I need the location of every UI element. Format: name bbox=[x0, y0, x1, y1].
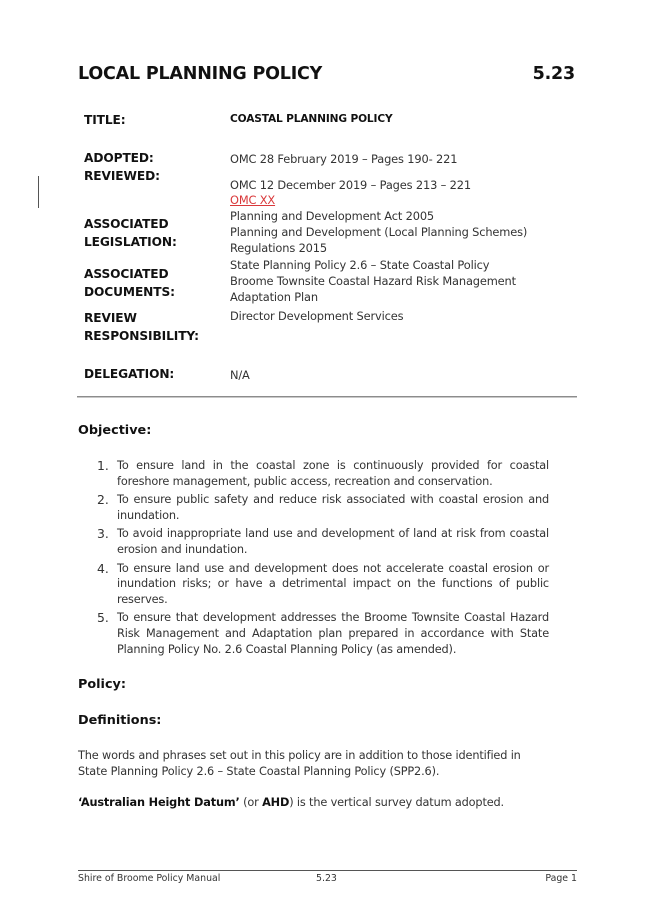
objective-item-number: 1. bbox=[97, 458, 117, 489]
objective-item: 3. To avoid inappropriate land use and d… bbox=[97, 526, 549, 557]
delegation-value: N/A bbox=[230, 367, 250, 383]
objective-item-number: 5. bbox=[97, 610, 117, 657]
objective-item-number: 3. bbox=[97, 526, 117, 557]
objective-heading: Objective: bbox=[78, 423, 151, 438]
reviewed-pending-link[interactable]: OMC XX bbox=[230, 192, 275, 208]
document-header: LOCAL PLANNING POLICY 5.23 bbox=[78, 64, 575, 84]
policy-heading: Policy: bbox=[78, 677, 126, 692]
definition-abbreviation: AHD bbox=[262, 796, 289, 809]
title-value: COASTAL PLANNING POLICY bbox=[230, 111, 392, 127]
reviewed-label: REVIEWED: bbox=[84, 167, 160, 185]
footer-page-number: Page 1 bbox=[545, 873, 577, 884]
definition-ahd: ‘Australian Height Datum’ (or AHD) is th… bbox=[78, 795, 552, 811]
legislation-label-line1: ASSOCIATED bbox=[84, 215, 169, 233]
review-responsibility-label-line2: RESPONSIBILITY: bbox=[84, 327, 199, 345]
objective-item-text: To ensure public safety and reduce risk … bbox=[117, 492, 549, 523]
legislation-value-1: Planning and Development Act 2005 bbox=[230, 208, 434, 224]
reviewed-value: OMC 12 December 2019 – Pages 213 – 221 bbox=[230, 177, 471, 193]
objective-list: 1. To ensure land in the coastal zone is… bbox=[97, 458, 549, 660]
review-responsibility-label-line1: REVIEW bbox=[84, 309, 137, 327]
title-label: TITLE: bbox=[84, 111, 126, 129]
meta-divider bbox=[77, 396, 577, 398]
definition-text: ) is the vertical survey datum adopted. bbox=[289, 796, 504, 809]
documents-value-2: Broome Townsite Coastal Hazard Risk Mana… bbox=[230, 273, 516, 289]
adopted-value: OMC 28 February 2019 – Pages 190- 221 bbox=[230, 151, 457, 167]
objective-item: 1. To ensure land in the coastal zone is… bbox=[97, 458, 549, 489]
adopted-label: ADOPTED: bbox=[84, 149, 154, 167]
objective-item-text: To ensure land use and development does … bbox=[117, 561, 549, 608]
document-title: LOCAL PLANNING POLICY bbox=[78, 64, 322, 84]
legislation-value-3: Regulations 2015 bbox=[230, 240, 327, 256]
definition-connector: (or bbox=[240, 796, 262, 809]
delegation-label: DELEGATION: bbox=[84, 365, 174, 383]
objective-item-number: 4. bbox=[97, 561, 117, 608]
footer-policy-number: 5.23 bbox=[316, 873, 337, 884]
documents-value-1: State Planning Policy 2.6 – State Coasta… bbox=[230, 257, 489, 273]
review-responsibility-value: Director Development Services bbox=[230, 308, 403, 324]
objective-item-number: 2. bbox=[97, 492, 117, 523]
revision-change-bar bbox=[38, 176, 39, 208]
objective-item-text: To avoid inappropriate land use and deve… bbox=[117, 526, 549, 557]
objective-item-text: To ensure that development addresses the… bbox=[117, 610, 549, 657]
documents-label-line1: ASSOCIATED bbox=[84, 265, 169, 283]
objective-item: 5. To ensure that development addresses … bbox=[97, 610, 549, 657]
documents-value-3: Adaptation Plan bbox=[230, 289, 318, 305]
documents-label-line2: DOCUMENTS: bbox=[84, 283, 175, 301]
definitions-heading: Definitions: bbox=[78, 713, 161, 728]
footer-manual-name: Shire of Broome Policy Manual bbox=[78, 873, 220, 884]
definitions-intro: The words and phrases set out in this po… bbox=[78, 748, 552, 780]
legislation-value-2: Planning and Development (Local Planning… bbox=[230, 224, 527, 240]
objective-item: 4. To ensure land use and development do… bbox=[97, 561, 549, 608]
objective-item-text: To ensure land in the coastal zone is co… bbox=[117, 458, 549, 489]
legislation-label-line2: LEGISLATION: bbox=[84, 233, 177, 251]
policy-number: 5.23 bbox=[533, 64, 575, 84]
definition-term: ‘Australian Height Datum’ bbox=[78, 796, 240, 809]
objective-item: 2. To ensure public safety and reduce ri… bbox=[97, 492, 549, 523]
footer-divider bbox=[78, 870, 577, 871]
